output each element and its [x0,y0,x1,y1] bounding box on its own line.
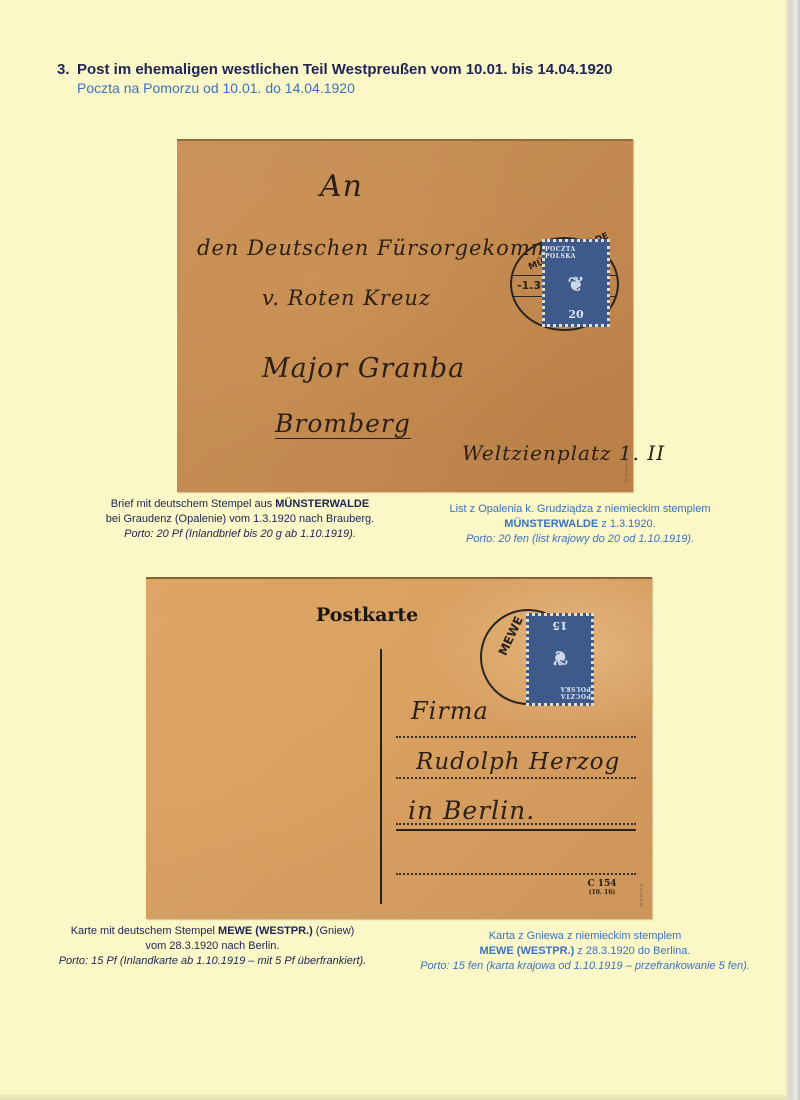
eagle-icon: ❦ [568,274,585,294]
postcard-divider [380,649,382,904]
caption-postcard-german: Karte mit deutschem Stempel MEWE (WESTPR… [40,924,385,969]
printer-imprint: ▯▯▯▯▯ [624,457,629,482]
album-binder-edge [786,0,800,1100]
postmark-town: MEWE [496,614,526,658]
postcard-printed-title: Postkarte [316,604,418,626]
postage-stamp: POCZTA POLSKA ❦ 20 [542,239,610,327]
town-name: MEWE (WESTPR.) [480,945,575,957]
printer-imprint: ▯▯▯▯▯ [639,882,644,907]
postage-stamp: POCZTA POLSKA ❦ 15 [526,613,594,706]
town-name: MÜNSTERWALDE [275,498,369,510]
section-number: 3. [57,61,70,78]
town-name: MÜNSTERWALDE [504,518,598,530]
address-line-4: Major Granba [262,353,465,384]
title-german: Post im ehemaligen westlichen Teil Westp… [77,61,613,78]
address-line-1: An [320,169,363,204]
porto-note: Porto: 20 Pf (Inlandbrief bis 20 g ab 1.… [124,528,356,540]
envelope-cover: An den Deutschen Fürsorgekommissar v. Ro… [177,139,633,492]
address-dotted-line [396,873,636,875]
stamp-country: POCZTA POLSKA [545,246,607,260]
address-dotted-line [396,777,636,779]
stamp-country: POCZTA POLSKA [529,685,591,699]
address-line-5: Bromberg [275,409,411,439]
stamp-value: 20 [568,308,583,321]
address-dotted-line [396,736,636,738]
caption-envelope-polish: List z Opalenia k. Grudziądza z niemieck… [415,502,745,547]
address-line-6: Weltzienplatz 1. II [462,441,665,465]
caption-postcard-polish: Karta z Gniewa z niemieckim stemplem MEW… [400,929,770,974]
address-dotted-line [396,823,636,825]
address-line-3: v. Roten Kreuz [262,286,431,310]
postmark-date: -1.3. [517,279,545,292]
address-line-3: in Berlin. [408,796,535,825]
address-underline [396,829,636,831]
town-name: MEWE (WESTPR.) [218,925,313,937]
printed-form-code: C 154 (10. 16) [581,879,623,896]
stamp-value: 15 [552,619,567,632]
porto-note: Porto: 15 Pf (Inlandkarte ab 1.10.1919 –… [59,955,367,967]
address-line-1: Firma [411,697,489,725]
postcard: Postkarte MEWE 28.3.20.7-8N POCZTA POLSK… [146,577,652,919]
title-polish: Poczta na Pomorzu od 10.01. do 14.04.192… [77,80,355,96]
address-line-2: Rudolph Herzog [416,749,620,775]
porto-note: Porto: 15 fen (karta krajowa od 1.10.191… [420,960,750,972]
page-bottom-edge [0,1094,786,1100]
eagle-icon: ❦ [552,649,569,669]
porto-note: Porto: 20 fen (list krajowy do 20 od 1.1… [466,533,694,545]
caption-envelope-german: Brief mit deutschem Stempel aus MÜNSTERW… [75,497,405,542]
